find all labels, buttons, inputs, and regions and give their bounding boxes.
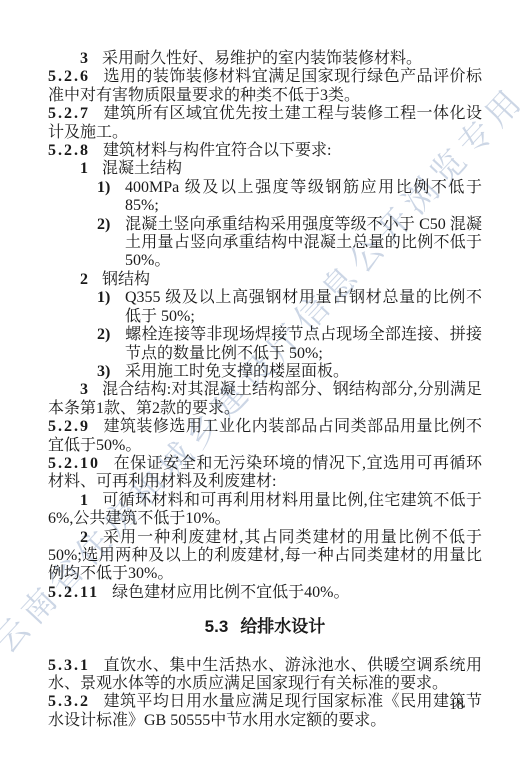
section-heading-5-3: 5.3给排水设计 (48, 618, 482, 636)
item-number: 1 (80, 160, 88, 177)
item-text: 混合结构:对其混凝土结构部分、钢结构部分,分别满足本条第1款、第2款的要求。 (48, 381, 482, 416)
item-number: 1 (80, 492, 88, 509)
list-item-1-concrete: 1混凝土结构 (48, 160, 482, 178)
clause-5-2-7: 5.2.7建筑所有区域宜优先按土建工程与装修工程一体化设计及施工。 (48, 105, 482, 142)
clause-number: 5.2.7 (48, 105, 90, 122)
clause-text: 建筑所有区域宜优先按土建工程与装修工程一体化设计及施工。 (48, 105, 482, 140)
clause-number: 5.2.8 (48, 142, 90, 159)
clause-number: 5.2.11 (48, 584, 99, 601)
item-number: 1) (97, 179, 125, 197)
clause-text: 建筑材料与构件宜符合以下要求: (103, 142, 331, 159)
item-number: 1) (97, 289, 125, 307)
item-number: 3) (97, 363, 125, 381)
section-number: 5.3 (205, 617, 229, 636)
page-number: 18 (450, 697, 465, 714)
list-item-2-waste-material: 2采用一种利废建材,其占同类建材的用量比例不低于50%;选用两种及以上的利废建材… (48, 529, 482, 584)
list-item-3-hybrid: 3混合结构:对其混凝土结构部分、钢结构部分,分别满足本条第1款、第2款的要求。 (48, 381, 482, 418)
clause-text: 在保证安全和无污染环境的情况下,宜选用可再循环材料、可再利用材料及利废建材: (48, 455, 482, 490)
item-number: 2) (97, 216, 125, 234)
clause-5-2-11: 5.2.11绿色建材应用比例不宜低于40%。 (48, 584, 482, 602)
sub-item-1: 1)400MPa 级及以上强度等级钢筋应用比例不低于 85%; (48, 179, 482, 216)
list-item-2-steel: 2钢结构 (48, 271, 482, 289)
page-body: 3采用耐久性好、易维护的室内装饰装修材料。 5.2.6选用的装饰装修材料宜满足国… (48, 50, 482, 730)
item-text: 混凝土结构 (102, 160, 182, 177)
clause-text: 直饮水、集中生活热水、游泳池水、供暖空调系统用水、景观水体等的水质应满足国家现行… (48, 657, 482, 692)
clause-5-3-2: 5.3.2建筑平均日用水量应满足现行国家标准《民用建筑节水设计标准》GB 505… (48, 693, 482, 730)
clause-text: 选用的装饰装修材料宜满足国家现行绿色产品评价标准中对有害物质限量要求的种类不低于… (48, 68, 482, 103)
item-text: 可循环材料和可再利用材料用量比例,住宅建筑不低于6%,公共建筑不低于10%。 (48, 492, 482, 527)
clause-5-3-1: 5.3.1直饮水、集中生活热水、游泳池水、供暖空调系统用水、景观水体等的水质应满… (48, 657, 482, 694)
item-text: 采用施工时免支撑的楼屋面板。 (125, 363, 349, 380)
clause-text: 建筑装修选用工业化内装部品占同类部品用量比例不宜低于50%。 (48, 418, 482, 453)
clause-number: 5.3.1 (48, 657, 90, 674)
section-title: 给排水设计 (240, 617, 325, 636)
clause-text: 建筑平均日用水量应满足现行国家标准《民用建筑节水设计标准》GB 50555中节水… (48, 693, 482, 728)
list-item-1-recyclable: 1可循环材料和可再利用材料用量比例,住宅建筑不低于6%,公共建筑不低于10%。 (48, 492, 482, 529)
item-number: 2) (97, 326, 125, 344)
clause-number: 5.3.2 (48, 693, 90, 710)
item-text: 采用一种利废建材,其占同类建材的用量比例不低于50%;选用两种及以上的利废建材,… (48, 529, 482, 583)
item-number: 3 (80, 381, 88, 398)
sub-item-1: 1)Q355 级及以上高强钢材用量占钢材总量的比例不低于 50%; (48, 289, 482, 326)
clause-5-2-6: 5.2.6选用的装饰装修材料宜满足国家现行绿色产品评价标准中对有害物质限量要求的… (48, 68, 482, 105)
clause-text: 绿色建材应用比例不宜低于40%。 (112, 584, 349, 601)
sub-item-3: 3)采用施工时免支撑的楼屋面板。 (48, 363, 482, 381)
clause-5-2-9: 5.2.9建筑装修选用工业化内装部品占同类部品用量比例不宜低于50%。 (48, 418, 482, 455)
clause-number: 5.2.10 (48, 455, 100, 472)
sub-item-2: 2)混凝土竖向承重结构采用强度等级不小于 C50 混凝土用量占竖向承重结构中混凝… (48, 216, 482, 271)
item-number: 2 (80, 529, 88, 546)
document-page: 云南省住房和城乡建设厅信息公开浏览专用 3采用耐久性好、易维护的室内装饰装修材料… (0, 0, 528, 767)
sub-item-2: 2)螺栓连接等非现场焊接节点占现场全部连接、拼接节点的数量比例不低于 50%; (48, 326, 482, 363)
item-number: 2 (80, 271, 88, 288)
item-text: 混凝土竖向承重结构采用强度等级不小于 C50 混凝土用量占竖向承重结构中混凝土总… (125, 216, 482, 270)
clause-number: 5.2.9 (48, 418, 90, 435)
item-text: 螺栓连接等非现场焊接节点占现场全部连接、拼接节点的数量比例不低于 50%; (125, 326, 482, 361)
clause-number: 5.2.6 (48, 68, 90, 85)
item-text: Q355 级及以上高强钢材用量占钢材总量的比例不低于 50%; (125, 289, 482, 324)
item-number: 3 (80, 50, 88, 67)
clause-5-2-8: 5.2.8建筑材料与构件宜符合以下要求: (48, 142, 482, 160)
list-item-3-continued: 3采用耐久性好、易维护的室内装饰装修材料。 (48, 50, 482, 68)
item-text: 400MPa 级及以上强度等级钢筋应用比例不低于 85%; (125, 179, 482, 214)
item-text: 钢结构 (102, 271, 150, 288)
clause-5-2-10: 5.2.10在保证安全和无污染环境的情况下,宜选用可再循环材料、可再利用材料及利… (48, 455, 482, 492)
item-text: 采用耐久性好、易维护的室内装饰装修材料。 (102, 50, 422, 67)
